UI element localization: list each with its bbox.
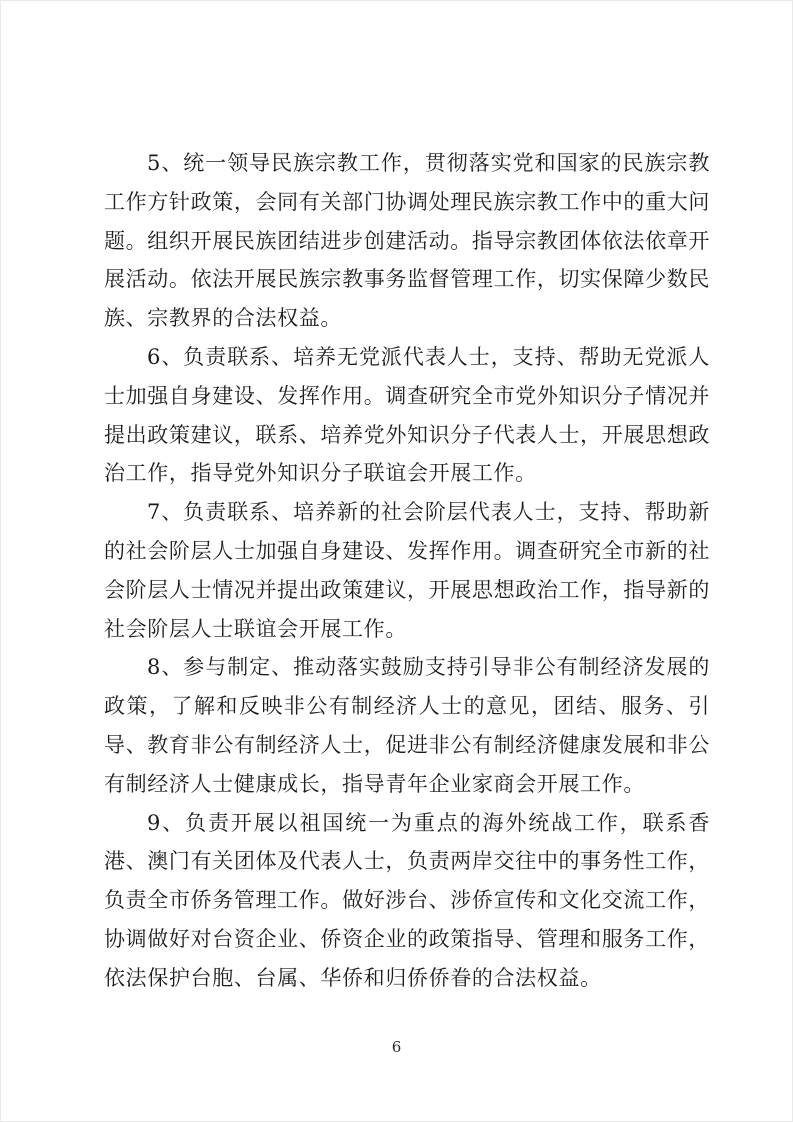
paragraph-item-6: 6、负责联系、培养无党派代表人士，支持、帮助无党派人士加强自身建设、发挥作用。调… xyxy=(104,338,710,493)
paragraph-item-8: 8、参与制定、推动落实鼓励支持引导非公有制经济发展的政策，了解和反映非公有制经济… xyxy=(104,648,710,803)
page-number: 6 xyxy=(1,1037,792,1057)
document-body: 5、统一领导民族宗教工作，贯彻落实党和国家的民族宗教工作方针政策，会同有关部门协… xyxy=(104,144,710,998)
paragraph-item-9: 9、负责开展以祖国统一为重点的海外统战工作，联系香港、澳门有关团体及代表人士，负… xyxy=(104,804,710,998)
paragraph-item-7: 7、负责联系、培养新的社会阶层代表人士，支持、帮助新的社会阶层人士加强自身建设、… xyxy=(104,493,710,648)
document-page: 5、统一领导民族宗教工作，贯彻落实党和国家的民族宗教工作方针政策，会同有关部门协… xyxy=(0,0,793,1122)
paragraph-item-5: 5、统一领导民族宗教工作，贯彻落实党和国家的民族宗教工作方针政策，会同有关部门协… xyxy=(104,144,710,338)
